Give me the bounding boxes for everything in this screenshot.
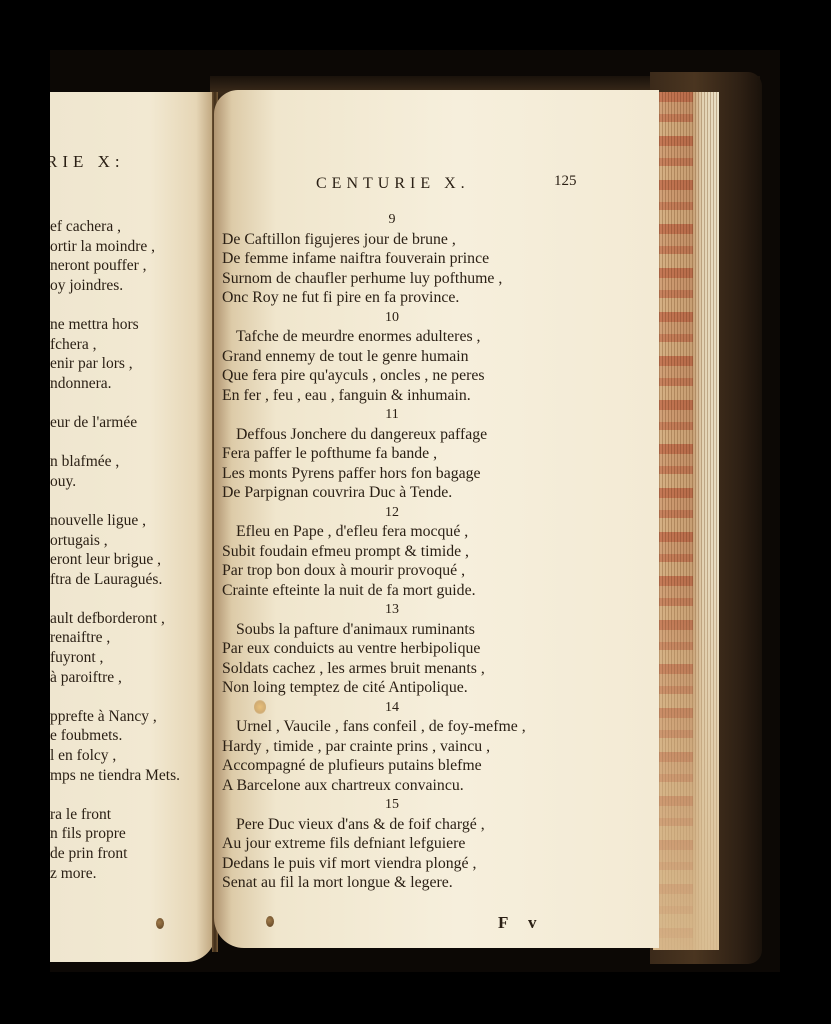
text-line: pprefte à Nancy , — [50, 707, 180, 727]
text-line: neront pouffer , — [50, 256, 180, 276]
text-line: ouy. — [50, 472, 180, 492]
line-gap — [50, 687, 180, 707]
left-page-lines: ef cachera ,ortir la moindre ,neront pou… — [50, 217, 180, 883]
worm-hole — [266, 916, 274, 927]
page-fore-edge — [653, 92, 719, 950]
line-gap — [50, 433, 180, 453]
text-line: ra le front — [50, 805, 180, 825]
quatrain: 13Soubs la pafture d'animaux ruminantsPa… — [222, 600, 562, 698]
verse-line: Non loing temptez de cité Antipolique. — [222, 678, 562, 698]
verse-line: Par eux conduicts au ventre herbipolique — [222, 639, 562, 659]
verse-line: Crainte efteinte la nuit de fa mort guid… — [222, 581, 562, 601]
text-line: z more. — [50, 864, 180, 884]
verse-line: Pere Duc vieux d'ans & de foif chargé , — [222, 815, 562, 835]
left-page-header: RIE X: — [50, 152, 125, 172]
quatrain-number: 15 — [222, 795, 562, 815]
verse-line: Efleu en Pape , d'efleu fera mocqué , — [222, 522, 562, 542]
text-line: ftra de Lauragués. — [50, 570, 180, 590]
verse-line: De Caftillon figujeres jour de brune , — [222, 230, 562, 250]
text-line: ortir la moindre , — [50, 237, 180, 257]
verse-line: Senat au fil la mort longue & legere. — [222, 873, 562, 893]
quatrain: 15Pere Duc vieux d'ans & de foif chargé … — [222, 795, 562, 893]
page-number: 125 — [554, 173, 577, 190]
line-gap — [50, 295, 180, 315]
text-line: n fils propre — [50, 824, 180, 844]
text-line: fchera , — [50, 335, 180, 355]
text-line: à paroiftre , — [50, 668, 180, 688]
verse-line: Urnel , Vaucile , fans confeil , de foy-… — [222, 717, 562, 737]
verse-line: Subit foudain efmeu prompt & timide , — [222, 542, 562, 562]
line-gap — [50, 785, 180, 805]
verse-line: Au jour extreme fils defniant lefguiere — [222, 834, 562, 854]
verse-line: Les monts Pyrens paffer hors fon bagage — [222, 464, 562, 484]
text-line: enir par lors , — [50, 354, 180, 374]
text-line: ne mettra hors — [50, 315, 180, 335]
verse-line: Que fera pire qu'ayculs , oncles , ne pe… — [222, 366, 562, 386]
edge-fade — [653, 564, 719, 950]
text-line: eur de l'armée — [50, 413, 180, 433]
quatrain-number: 10 — [222, 308, 562, 328]
verse-line: De femme infame naiftra fouverain prince — [222, 249, 562, 269]
verse-line: A Barcelone aux chartreux convaincu. — [222, 776, 562, 796]
signature-mark: F v — [498, 913, 545, 933]
verse-line: Hardy , timide , par crainte prins , vai… — [222, 737, 562, 757]
verse-line: Onc Roy ne fut fi pire en fa province. — [222, 288, 562, 308]
quatrain: 12Efleu en Pape , d'efleu fera mocqué ,S… — [222, 503, 562, 601]
quatrain: 10Tafche de meurdre enormes adulteres ,G… — [222, 308, 562, 406]
verse-line: Fera paffer le pofthume fa bande , — [222, 444, 562, 464]
text-line: nouvelle ligue , — [50, 511, 180, 531]
text-line: l en folcy , — [50, 746, 180, 766]
quatrain-number: 12 — [222, 503, 562, 523]
left-page-text: RIE X: ef cachera ,ortir la moindre ,ner… — [50, 92, 216, 962]
quatrains: 9De Caftillon figujeres jour de brune ,D… — [222, 210, 562, 893]
text-line: ef cachera , — [50, 217, 180, 237]
verse-line: Tafche de meurdre enormes adulteres , — [222, 327, 562, 347]
text-line: ortugais , — [50, 531, 180, 551]
book-photograph: RIE X: ef cachera ,ortir la moindre ,ner… — [50, 50, 780, 972]
text-line: n blafmée , — [50, 452, 180, 472]
quatrain-number: 14 — [222, 698, 562, 718]
line-gap — [50, 589, 180, 609]
verse-line: Par trop bon doux à mourir provoqué , — [222, 561, 562, 581]
text-line: renaiftre , — [50, 628, 180, 648]
text-line: ndonnera. — [50, 374, 180, 394]
verse-line: De Parpignan couvrira Duc à Tende. — [222, 483, 562, 503]
verse-line: Accompagné de plufieurs putains blefme — [222, 756, 562, 776]
quatrain-number: 9 — [222, 210, 562, 230]
quatrain-number: 11 — [222, 405, 562, 425]
verse-line: Grand ennemy de tout le genre humain — [222, 347, 562, 367]
text-line: mps ne tiendra Mets. — [50, 766, 180, 786]
verse-line: Soldats cachez , les armes bruit menants… — [222, 659, 562, 679]
text-line: e foubmets. — [50, 726, 180, 746]
text-line: ault defborderont , — [50, 609, 180, 629]
verse-line: Soubs la pafture d'animaux ruminants — [222, 620, 562, 640]
verse-line: Dedans le puis vif mort viendra plongé , — [222, 854, 562, 874]
text-line: oy joindres. — [50, 276, 180, 296]
left-page: RIE X: ef cachera ,ortir la moindre ,ner… — [50, 92, 216, 962]
quatrain-number: 13 — [222, 600, 562, 620]
quatrain: 11Deffous Jonchere du dangereux paffageF… — [222, 405, 562, 503]
quatrain: 9De Caftillon figujeres jour de brune ,D… — [222, 210, 562, 308]
paper-stain — [254, 700, 266, 714]
worm-hole — [156, 918, 164, 929]
quatrain: 14Urnel , Vaucile , fans confeil , de fo… — [222, 698, 562, 796]
text-line: fuyront , — [50, 648, 180, 668]
line-gap — [50, 491, 180, 511]
verse-line: Deffous Jonchere du dangereux paffage — [222, 425, 562, 445]
verse-line: En fer , feu , eau , fanguin & inhumain. — [222, 386, 562, 406]
line-gap — [50, 393, 180, 413]
running-header: CENTURIE X. — [316, 175, 470, 193]
text-line: eront leur brigue , — [50, 550, 180, 570]
text-line: de prin front — [50, 844, 180, 864]
verse-line: Surnom de chaufler perhume luy pofthume … — [222, 269, 562, 289]
right-page: CENTURIE X. 125 9De Caftillon figujeres … — [214, 90, 659, 948]
